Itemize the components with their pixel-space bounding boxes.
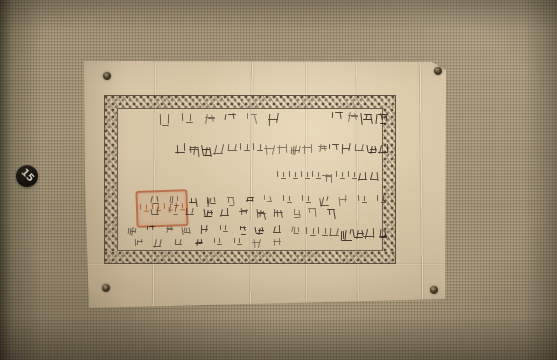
calligraphy-char bbox=[164, 226, 173, 235]
calligraphy-char bbox=[379, 143, 390, 154]
calligraphy-char bbox=[273, 238, 282, 247]
calligraphy-char bbox=[256, 209, 266, 219]
calligraphy-char bbox=[316, 144, 327, 155]
calligraphy-char bbox=[265, 143, 276, 154]
calligraphy-char bbox=[146, 225, 155, 234]
calligraphy-char bbox=[244, 196, 254, 206]
calligraphy-char bbox=[311, 171, 321, 181]
calligraphy-char bbox=[328, 143, 339, 154]
calligraphy-char bbox=[308, 207, 318, 217]
calligraphy-char bbox=[180, 113, 193, 126]
calligraphy-char bbox=[227, 143, 238, 154]
calligraphy-char bbox=[188, 196, 198, 206]
guarantor-row bbox=[176, 142, 390, 157]
calligraphy-char bbox=[303, 143, 314, 154]
calligraphy-char bbox=[330, 111, 343, 124]
date-day-row bbox=[158, 112, 280, 129]
calligraphy-char bbox=[347, 171, 357, 181]
date-era-row bbox=[330, 110, 388, 127]
calligraphy-char bbox=[328, 227, 340, 239]
calligraphy-char bbox=[357, 195, 367, 205]
punch-hole bbox=[430, 286, 438, 294]
calligraphy-char bbox=[326, 208, 336, 218]
calligraphy-char bbox=[213, 238, 222, 247]
calligraphy-char bbox=[263, 195, 273, 205]
calligraphy-char bbox=[150, 195, 160, 205]
calligraphy-char bbox=[319, 196, 329, 206]
calligraphy-char bbox=[202, 114, 215, 127]
calligraphy-char bbox=[375, 113, 388, 126]
calligraphy-char bbox=[189, 145, 200, 156]
calligraphy-char bbox=[185, 207, 195, 217]
calligraphy-char bbox=[341, 143, 352, 154]
calligraphy-char bbox=[282, 195, 292, 205]
calligraphy-char bbox=[354, 143, 365, 154]
calligraphy-char bbox=[300, 171, 310, 181]
calligraphy-char bbox=[252, 143, 263, 154]
calligraphy-char bbox=[255, 227, 264, 236]
opening-row bbox=[312, 226, 388, 242]
calligraphy-char bbox=[233, 238, 242, 247]
calligraphy-char bbox=[194, 239, 203, 248]
person-row-b bbox=[134, 237, 282, 250]
calligraphy-char bbox=[301, 195, 311, 205]
calligraphy-char bbox=[176, 143, 187, 154]
museum-photo: 15 bbox=[0, 0, 557, 360]
calligraphy-char bbox=[239, 143, 250, 154]
calligraphy-char bbox=[174, 238, 183, 247]
calligraphy-char bbox=[158, 113, 171, 126]
calligraphy-char bbox=[273, 225, 282, 234]
calligraphy-char bbox=[304, 227, 316, 239]
calligraphy-char bbox=[225, 196, 235, 206]
calligraphy-char bbox=[273, 209, 283, 219]
person-row-a bbox=[128, 224, 300, 237]
calligraphy-char bbox=[220, 207, 230, 217]
calligraphy-char bbox=[267, 113, 280, 126]
calligraphy-char bbox=[200, 225, 209, 234]
calligraphy-char bbox=[237, 226, 246, 235]
calligraphy-char bbox=[201, 145, 212, 156]
paper-crease bbox=[419, 61, 425, 309]
calligraphy-char bbox=[219, 225, 228, 234]
calligraphy-char bbox=[169, 196, 179, 206]
calligraphy-char bbox=[214, 143, 225, 154]
calligraphy-char bbox=[291, 226, 300, 235]
clause-row-b bbox=[150, 206, 336, 220]
calligraphy-char bbox=[245, 113, 258, 126]
calligraphy-char bbox=[150, 207, 160, 217]
calligraphy-char bbox=[316, 227, 328, 239]
calligraphy-char bbox=[168, 207, 178, 217]
calligraphy-char bbox=[238, 208, 248, 218]
calligraphy-char bbox=[376, 195, 386, 205]
punch-hole bbox=[102, 284, 110, 292]
calligraphy-char bbox=[128, 227, 137, 236]
calligraphy-char bbox=[290, 145, 301, 156]
calligraphy-char bbox=[376, 228, 388, 240]
calligraphy-char bbox=[366, 145, 377, 156]
calligraphy-char bbox=[352, 229, 364, 241]
calligraphy-char bbox=[323, 172, 333, 182]
calligraphy-char bbox=[203, 209, 213, 219]
calligraphy-char bbox=[253, 238, 262, 247]
calligraphy-char bbox=[134, 239, 143, 248]
shop-row bbox=[276, 170, 380, 184]
calligraphy-char bbox=[223, 113, 236, 126]
calligraphy-char bbox=[360, 113, 373, 126]
calligraphy-char bbox=[358, 171, 368, 181]
calligraphy-char bbox=[139, 203, 149, 213]
calligraphy-char bbox=[278, 143, 289, 154]
calligraphy-char bbox=[338, 195, 348, 205]
punch-hole bbox=[103, 72, 111, 80]
exhibit-number: 15 bbox=[19, 168, 36, 185]
calligraphy-char bbox=[340, 229, 352, 241]
calligraphy-char bbox=[288, 171, 298, 181]
exhibit-number-disc: 15 bbox=[16, 165, 38, 187]
calligraphy-char bbox=[370, 171, 380, 181]
calligraphy-char bbox=[182, 227, 191, 236]
punch-hole bbox=[434, 67, 442, 75]
calligraphy-char bbox=[335, 171, 345, 181]
calligraphy-char bbox=[276, 171, 286, 181]
calligraphy-char bbox=[154, 238, 163, 247]
calligraphy-char bbox=[291, 208, 301, 218]
calligraphy-char bbox=[364, 227, 376, 239]
calligraphy-char bbox=[345, 112, 358, 125]
